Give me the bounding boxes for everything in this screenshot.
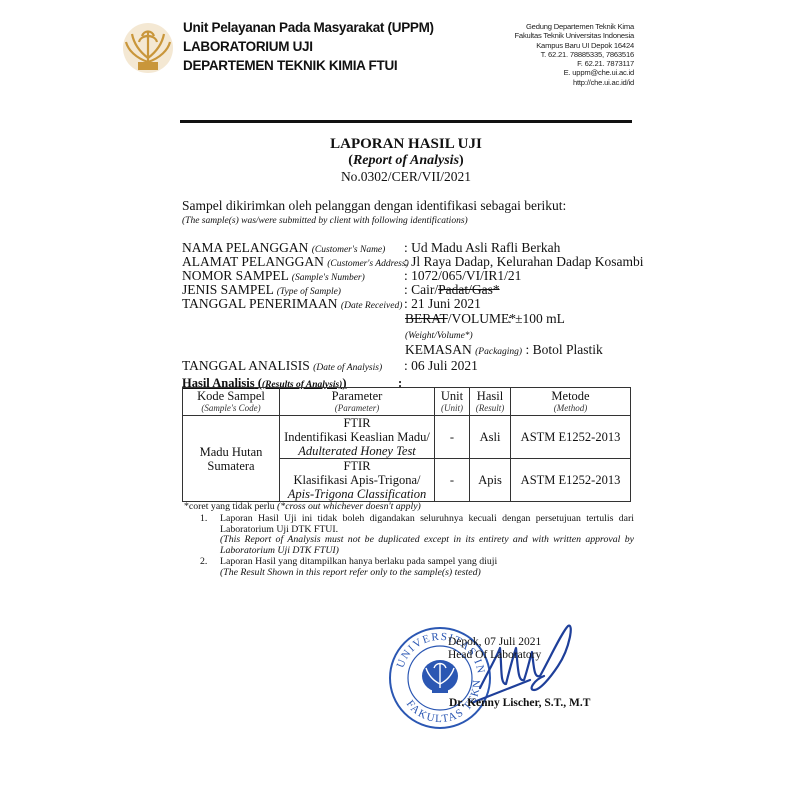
field-label: TANGGAL PENERIMAAN (Date Received) (182, 296, 402, 314)
org-line-uppm: Unit Pelayanan Pada Masyarakat (UPPM) (183, 18, 434, 37)
address-phone: T. 62.21. 78885335, 7863516 (514, 50, 634, 59)
intro-en: (The sample(s) was/were submitted by cli… (182, 214, 566, 228)
sample-code-cell: Madu HutanSumatera (183, 416, 280, 502)
unit-cell: - (435, 416, 470, 459)
header-divider (180, 120, 632, 123)
notes: *coret yang tidak perlu (*cross out whic… (184, 500, 634, 578)
table-row: Madu HutanSumatera FTIRIndentifikasi Kea… (183, 416, 631, 459)
university-logo-icon (122, 22, 174, 74)
signature-block: Depok, 07 Juli 2021 Head Of Laboratory (448, 636, 541, 662)
unit-cell: - (435, 459, 470, 502)
intro-id: Sampel dikirimkan oleh pelanggan dengan … (182, 198, 566, 214)
report-number: No.0302/CER/VII/2021 (180, 169, 632, 185)
notes-list: 1. Laporan Hasil Uji ini tidak boleh dig… (200, 514, 634, 578)
field-value: : 1072/065/VI/IR1/21 (404, 268, 521, 283)
strike-note: *coret yang tidak perlu (*cross out whic… (184, 500, 634, 513)
signature-icon (470, 618, 580, 708)
sign-place-date: Depok, 07 Juli 2021 (448, 636, 541, 649)
address-email[interactable]: E. uppm@che.ui.ac.id (514, 68, 634, 77)
field-value: : Jl Raya Dadap, Kelurahan Dadap Kosambi (404, 254, 644, 269)
address-faculty: Fakultas Teknik Universitas Indonesia (514, 31, 634, 40)
address-building: Gedung Departemen Teknik Kima (514, 22, 634, 31)
field-value: : Cair/Padat/Gas* (404, 282, 500, 297)
report-title: LAPORAN HASIL UJI (Report of Analysis) N… (180, 136, 632, 185)
parameter-cell: FTIRIndentifikasi Keaslian Madu/Adultera… (280, 416, 435, 459)
result-cell: Asli (470, 416, 511, 459)
col-unit: Unit(Unit) (435, 388, 470, 416)
address-fax: F. 62.21. 7873117 (514, 59, 634, 68)
note-item: 2. Laporan Hasil yang ditampilkan hanya … (200, 557, 634, 578)
organization-name: Unit Pelayanan Pada Masyarakat (UPPM) LA… (183, 18, 434, 75)
org-line-lab: LABORATORIUM UJI (183, 37, 434, 56)
col-parameter: Parameter(Parameter) (280, 388, 435, 416)
table-header-row: Kode Sampel(Sample's Code) Parameter(Par… (183, 388, 631, 416)
title-sub: (Report of Analysis) (180, 153, 632, 169)
field-value: : 21 Juni 2021 (404, 296, 481, 311)
title-main: LAPORAN HASIL UJI (180, 136, 632, 153)
parameter-cell: FTIRKlasifikasi Apis-Trigona/Apis-Trigon… (280, 459, 435, 502)
note-item: 1. Laporan Hasil Uji ini tidak boleh dig… (200, 514, 634, 556)
method-cell: ASTM E1252-2013 (511, 416, 631, 459)
sign-role: Head Of Laboratory (448, 649, 541, 662)
col-method: Metode(Method) (511, 388, 631, 416)
col-sample-code: Kode Sampel(Sample's Code) (183, 388, 280, 416)
field-weight-volume-label: BERAT/VOLUME* (405, 311, 516, 326)
intro-text: Sampel dikirimkan oleh pelanggan dengan … (182, 198, 566, 228)
address-website[interactable]: http://che.ui.ac.id/id (514, 78, 634, 87)
field-weight-volume-value: : ±100 mL (508, 311, 565, 326)
signer-name: Dr. Kenny Lischer, S.T., M.T (449, 697, 590, 709)
address-campus: Kampus Baru UI Depok 16424 (514, 41, 634, 50)
col-result: Hasil(Result) (470, 388, 511, 416)
field-date-analysis-value: : 06 Juli 2021 (404, 358, 478, 373)
results-table: Kode Sampel(Sample's Code) Parameter(Par… (182, 387, 631, 502)
organization-address: Gedung Departemen Teknik Kima Fakultas T… (514, 22, 634, 87)
result-cell: Apis (470, 459, 511, 502)
org-line-dept: DEPARTEMEN TEKNIK KIMIA FTUI (183, 56, 434, 75)
field-value: : Ud Madu Asli Rafli Berkah (404, 240, 560, 255)
field-date-analysis-label: TANGGAL ANALISIS (Date of Analysis) (182, 358, 382, 376)
method-cell: ASTM E1252-2013 (511, 459, 631, 502)
